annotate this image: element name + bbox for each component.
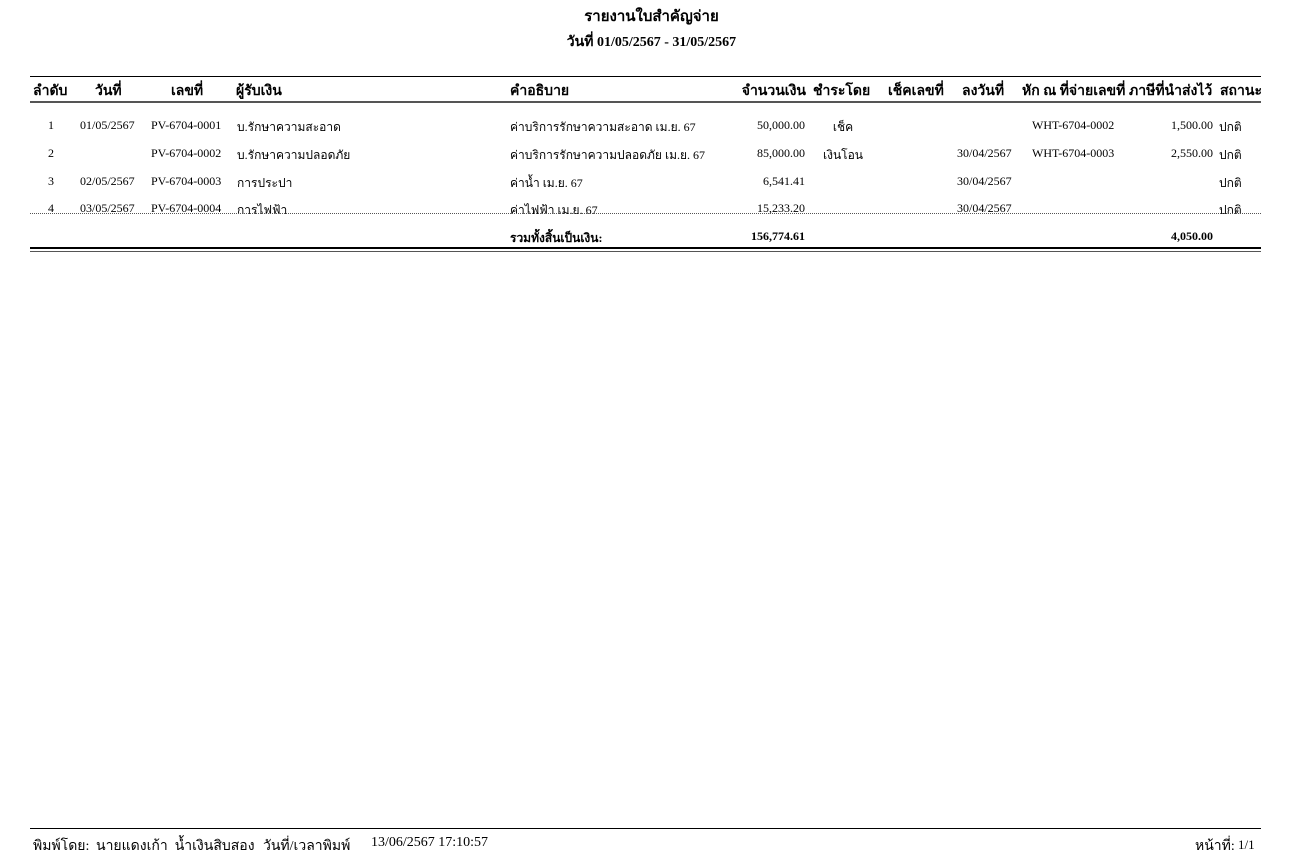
row-status: ปกติ: [1219, 146, 1242, 165]
row-date: 01/05/2567: [80, 118, 135, 133]
row-payee: บ.รักษาความปลอดภัย: [237, 146, 350, 165]
header-pay-by: ชำระโดย: [813, 80, 870, 102]
row-pay-by: เช็ค: [806, 118, 880, 137]
header-cheque-no: เช็คเลขที่: [888, 80, 944, 102]
row-status: ปกติ: [1219, 118, 1242, 137]
page-number: 1/1: [1238, 837, 1255, 853]
report-title: รายงานใบสำคัญจ่าย: [0, 4, 1303, 28]
row-amount: 6,541.41: [700, 174, 805, 189]
header-top-rule: [30, 76, 1261, 77]
header-status: สถานะ: [1220, 80, 1262, 102]
header-wht-no: หัก ณ ที่จ่ายเลขที่: [1022, 80, 1125, 102]
footer-rule: [30, 828, 1261, 829]
row-doc-no: PV-6704-0002: [151, 146, 221, 161]
row-dated: 30/04/2567: [957, 146, 1012, 161]
total-double-rule-top: [30, 247, 1261, 249]
printed-by-label: พิมพ์โดย:: [33, 835, 89, 857]
rows-bottom-rule: [30, 213, 1261, 214]
print-datetime: 13/06/2567 17:10:57: [371, 835, 488, 851]
row-pay-by: เงินโอน: [806, 146, 880, 165]
header-date: วันที่: [95, 80, 122, 102]
row-seq: 1: [40, 118, 62, 133]
row-payee: การประปา: [237, 174, 292, 193]
row-seq: 3: [40, 174, 62, 189]
row-doc-no: PV-6704-0003: [151, 174, 221, 189]
header-wht-amount: ภาษีที่นำส่งไว้: [1129, 80, 1212, 102]
row-description: ค่าบริการรักษาความสะอาด เม.ย. 67: [510, 118, 696, 137]
header-doc-no: เลขที่: [171, 80, 203, 102]
row-date: 02/05/2567: [80, 174, 135, 189]
total-amount: 156,774.61: [700, 229, 805, 244]
row-dated: 30/04/2567: [957, 174, 1012, 189]
row-doc-no: PV-6704-0001: [151, 118, 221, 133]
header-amount: จำนวนเงิน: [700, 80, 806, 102]
header-description: คำอธิบาย: [510, 80, 569, 102]
row-amount: 50,000.00: [700, 118, 805, 133]
report-period: วันที่ 01/05/2567 - 31/05/2567: [0, 31, 1303, 53]
row-seq: 2: [40, 146, 62, 161]
row-wht-amount: 2,550.00: [1130, 146, 1213, 161]
row-payee: บ.รักษาความสะอาด: [237, 118, 341, 137]
row-amount: 85,000.00: [700, 146, 805, 161]
page-label: หน้าที่:: [1195, 835, 1235, 857]
header-dated: ลงวันที่: [962, 80, 1004, 102]
row-description: ค่าน้ำ เม.ย. 67: [510, 174, 583, 193]
total-label: รวมทั้งสิ้นเป็นเงิน:: [510, 229, 602, 248]
row-status: ปกติ: [1219, 174, 1242, 193]
header-bottom-rule: [30, 101, 1261, 103]
row-payee: การไฟฟ้า: [237, 201, 287, 220]
header-payee: ผู้รับเงิน: [236, 80, 282, 102]
total-wht-amount: 4,050.00: [1130, 229, 1213, 244]
row-description: ค่าไฟฟ้า เม.ย. 67: [510, 201, 598, 220]
row-status: ปกติ: [1219, 201, 1242, 220]
row-wht-no: WHT-6704-0003: [1032, 146, 1114, 161]
printed-by: นายแดงเก้า น้ำเงินสิบสอง: [96, 835, 255, 857]
row-wht-amount: 1,500.00: [1130, 118, 1213, 133]
header-seq: ลำดับ: [33, 80, 67, 102]
print-datetime-label: วันที่/เวลาพิมพ์: [263, 835, 350, 857]
row-description: ค่าบริการรักษาความปลอดภัย เม.ย. 67: [510, 146, 705, 165]
row-wht-no: WHT-6704-0002: [1032, 118, 1114, 133]
total-double-rule-bottom: [30, 251, 1261, 252]
